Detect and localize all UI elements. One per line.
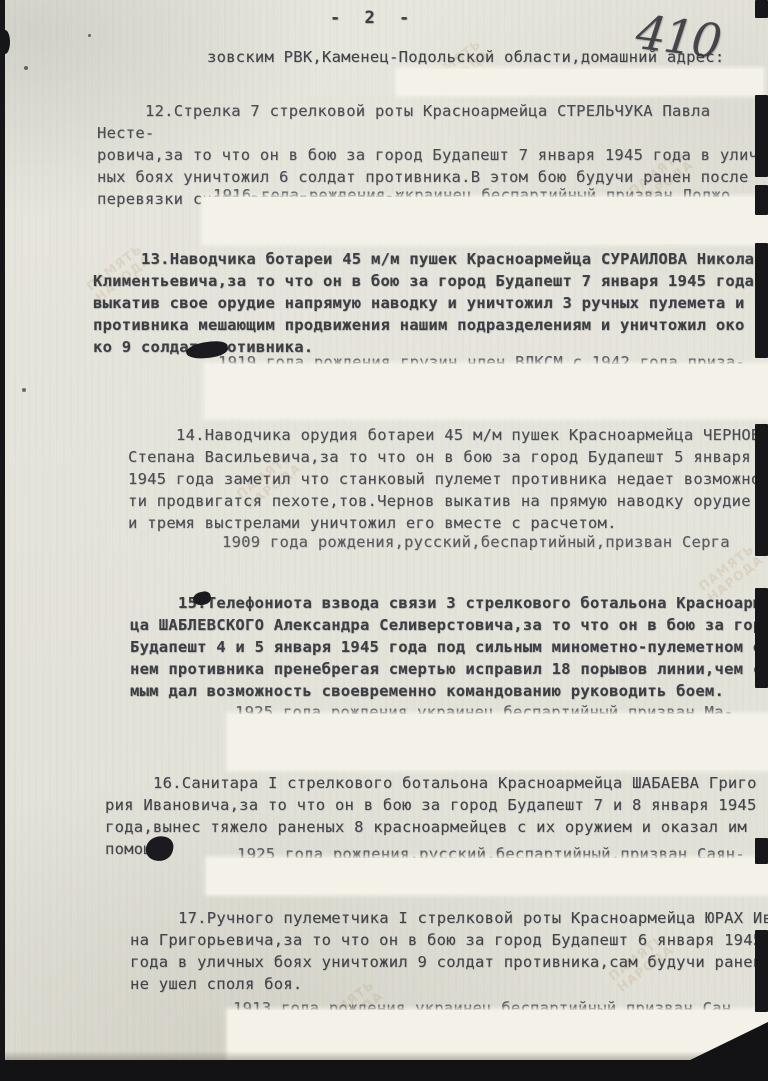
paper-edge-shadow bbox=[0, 1051, 768, 1060]
scan-edge-artifact bbox=[0, 1060, 768, 1081]
redaction-box bbox=[397, 69, 763, 95]
redaction-box bbox=[207, 858, 768, 894]
scan-edge-artifact bbox=[0, 0, 5, 1081]
scan-edge-artifact bbox=[755, 185, 768, 215]
entry-14-birth-line: 1909 года рождения,русский,беспартийный,… bbox=[222, 531, 768, 553]
scan-edge-artifact bbox=[755, 0, 768, 18]
paper-speck bbox=[22, 388, 26, 392]
entry-17-body: 17.Ручного пулеметчика I стрелковой роты… bbox=[130, 907, 768, 995]
redaction-box bbox=[205, 364, 768, 418]
scan-edge-artifact bbox=[0, 30, 10, 54]
scan-edge-artifact bbox=[755, 424, 768, 556]
paper-speck bbox=[88, 34, 91, 37]
scan-edge-artifact bbox=[755, 243, 768, 358]
entry-15-body: 15.Телефониота взвода связи 3 стрелковог… bbox=[130, 592, 768, 702]
scan-edge-artifact bbox=[755, 838, 768, 864]
handwritten-archive-number: 410 bbox=[633, 5, 723, 70]
scan-edge-artifact bbox=[755, 930, 768, 1012]
page-number: - 2 - bbox=[330, 8, 416, 28]
entry-14-body: 14.Наводчика орудия ботареи 45 м/м пушек… bbox=[128, 424, 768, 534]
redaction-box bbox=[228, 714, 768, 770]
redaction-box bbox=[203, 197, 768, 244]
scan-edge-artifact bbox=[755, 588, 768, 688]
entry-13-body: 13.Наводчика ботареи 45 м/м пушек Красно… bbox=[93, 248, 768, 358]
paper-speck bbox=[24, 66, 28, 70]
scan-edge-artifact bbox=[755, 95, 768, 177]
